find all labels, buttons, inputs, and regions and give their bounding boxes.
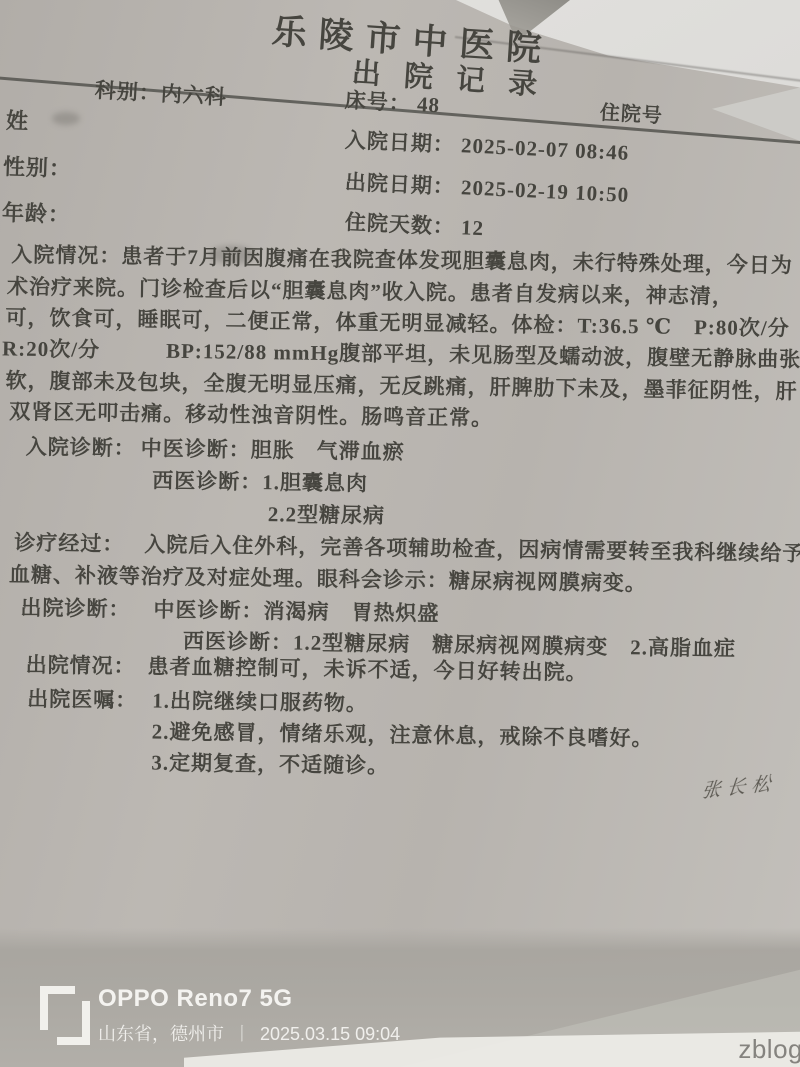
- watermark-location-datetime: 山东省，德州市丨2025.03.15 09:04: [98, 1020, 400, 1046]
- discharge-diagnosis-tcm: 中医诊断：消渴病 胃热炽盛: [153, 594, 439, 628]
- discharge-advice-item-3: 3.定期复查，不适随诊。: [151, 747, 389, 780]
- zblog-watermark: zblog: [738, 1034, 800, 1065]
- admission-diagnosis-western-2: 2.2型糖尿病: [268, 498, 386, 530]
- document-photo: 乐陵市中医院 出 院 记 录 科别：内六科 床号： 48 住院号 姓 性别： 年…: [0, 0, 800, 1067]
- watermark-location: 山东省，德州市: [98, 1024, 224, 1044]
- watermark-separator: 丨: [224, 1024, 260, 1044]
- treatment-course-label: 诊疗经过：: [14, 527, 124, 559]
- discharge-diagnosis-label: 出院诊断：: [20, 592, 130, 624]
- admission-condition-line-6: 双肾区无叩击痛。移动性浊音阴性。肠鸣音正常。: [9, 396, 493, 433]
- admission-diagnosis-western-1: 西医诊断：1.胆囊息肉: [152, 465, 368, 498]
- discharge-advice-label: 出院医嘱：: [27, 683, 137, 715]
- discharge-condition-line-1: 患者血糖控制可，未诉不适，今日好转出院。: [147, 650, 587, 686]
- admission-condition-label: 入院情况：: [11, 239, 121, 271]
- discharge-condition-label: 出院情况：: [25, 649, 135, 681]
- treatment-course-line-2: 血糖、补液等治疗及对症处理。眼科会诊示：糖尿病视网膜病变。: [9, 559, 647, 598]
- oppo-bracket-inner-icon: [57, 1001, 90, 1045]
- discharge-advice-item-1: 1.出院继续口服药物。: [152, 685, 368, 718]
- watermark-datetime: 2025.03.15 09:04: [260, 1024, 400, 1044]
- admission-diagnosis-tcm: 中医诊断：胆胀 气滞血瘀: [141, 432, 405, 466]
- watermark-device-name: OPPO Reno7 5G: [98, 985, 293, 1013]
- oppo-watermark-icon: [40, 986, 86, 1044]
- document-body: 入院情况： 患者于7月前因腹痛在我院查体发现胆囊息肉，未行特殊处理，今日为 术治…: [0, 0, 800, 1067]
- admission-diagnosis-label: 入院诊断：: [26, 431, 136, 463]
- doctor-signature: 张长松: [701, 768, 778, 804]
